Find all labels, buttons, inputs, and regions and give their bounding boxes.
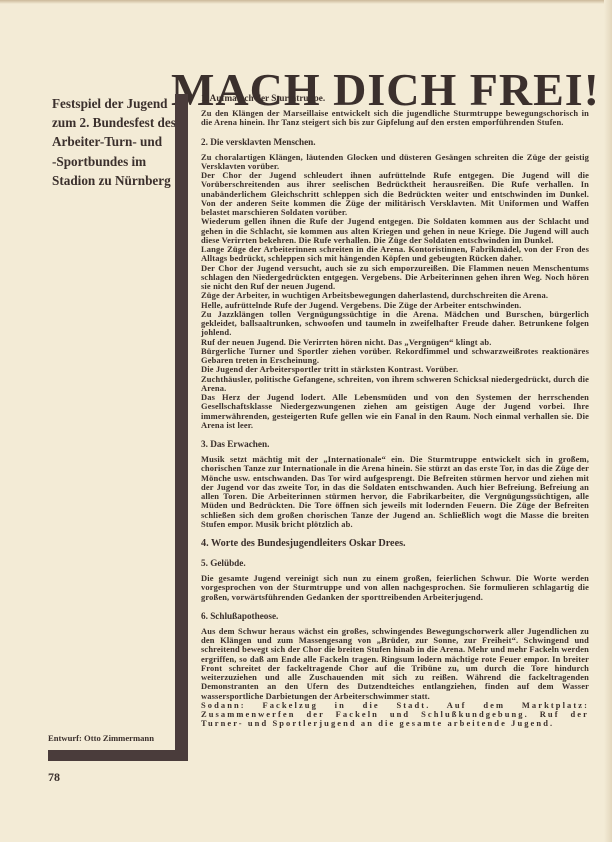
program-section: 3. Das Erwachen.Musik setzt mächtig mit …	[201, 439, 589, 529]
vertical-rule	[175, 94, 188, 761]
section-paragraph: Sodann: Fackelzug in die Stadt. Auf dem …	[201, 701, 589, 729]
section-heading: 6. Schlußapotheose.	[201, 611, 589, 622]
subtitle-line: Stadion zu Nürnberg	[52, 171, 176, 190]
section-paragraph: Zu choralartigen Klängen, läutenden Gloc…	[201, 153, 589, 172]
program-section: 4. Worte des Bundesjugendleiters Oskar D…	[201, 538, 589, 549]
program-section: 2. Die versklavten Menschen.Zu choralart…	[201, 137, 589, 431]
section-paragraph: Aus dem Schwur heraus wächst ein großes,…	[201, 627, 589, 701]
section-paragraph: Die gesamte Jugend vereinigt sich nun zu…	[201, 574, 589, 602]
horizontal-rule	[48, 750, 188, 761]
subtitle-line: Arbeiter-Turn- und	[52, 132, 176, 151]
section-paragraph: Bürgerliche Turner und Sportler ziehen v…	[201, 347, 589, 366]
section-heading: 3. Das Erwachen.	[201, 439, 589, 450]
section-heading: 1. Aufmarsch der Sturmtruppe.	[201, 93, 589, 104]
program-content: 1. Aufmarsch der Sturmtruppe.Zu den Klän…	[201, 93, 589, 738]
program-section: 5. Gelübde.Die gesamte Jugend vereinigt …	[201, 558, 589, 602]
subtitle-line: -Sportbundes im	[52, 152, 176, 171]
program-section: 6. Schlußapotheose.Aus dem Schwur heraus…	[201, 611, 589, 729]
page-number: 78	[48, 770, 60, 785]
subtitle-block: Festspiel der Jugend zum 2. Bundesfest d…	[52, 94, 176, 190]
section-heading: 2. Die versklavten Menschen.	[201, 137, 589, 148]
page-top-edge	[0, 0, 612, 4]
section-heading: 5. Gelübde.	[201, 558, 589, 569]
design-credit: Entwurf: Otto Zimmermann	[48, 733, 154, 743]
section-paragraph: Zu Jazzklängen tollen Vergnügungssüchtig…	[201, 310, 589, 338]
section-paragraph: Zu den Klängen der Marseillaise entwicke…	[201, 109, 589, 128]
page-right-edge	[604, 0, 612, 842]
section-paragraph: Lange Züge der Arbeiterinnen schreiten i…	[201, 245, 589, 264]
section-heading: 4. Worte des Bundesjugendleiters Oskar D…	[201, 538, 589, 549]
section-paragraph: Musik setzt mächtig mit der „Internation…	[201, 455, 589, 529]
subtitle-line: zum 2. Bundesfest des	[52, 113, 176, 132]
subtitle-line: Festspiel der Jugend	[52, 94, 176, 113]
section-paragraph: Wiederum gellen ihnen die Rufe der Jugen…	[201, 217, 589, 245]
section-paragraph: Zuchthäusler, politische Gefangene, schr…	[201, 375, 589, 394]
program-section: 1. Aufmarsch der Sturmtruppe.Zu den Klän…	[201, 93, 589, 128]
section-paragraph: Das Herz der Jugend lodert. Alle Lebensm…	[201, 393, 589, 430]
section-paragraph: Der Chor der Jugend versucht, auch sie z…	[201, 264, 589, 292]
section-paragraph: Der Chor der Jugend schleudert ihnen auf…	[201, 171, 589, 217]
